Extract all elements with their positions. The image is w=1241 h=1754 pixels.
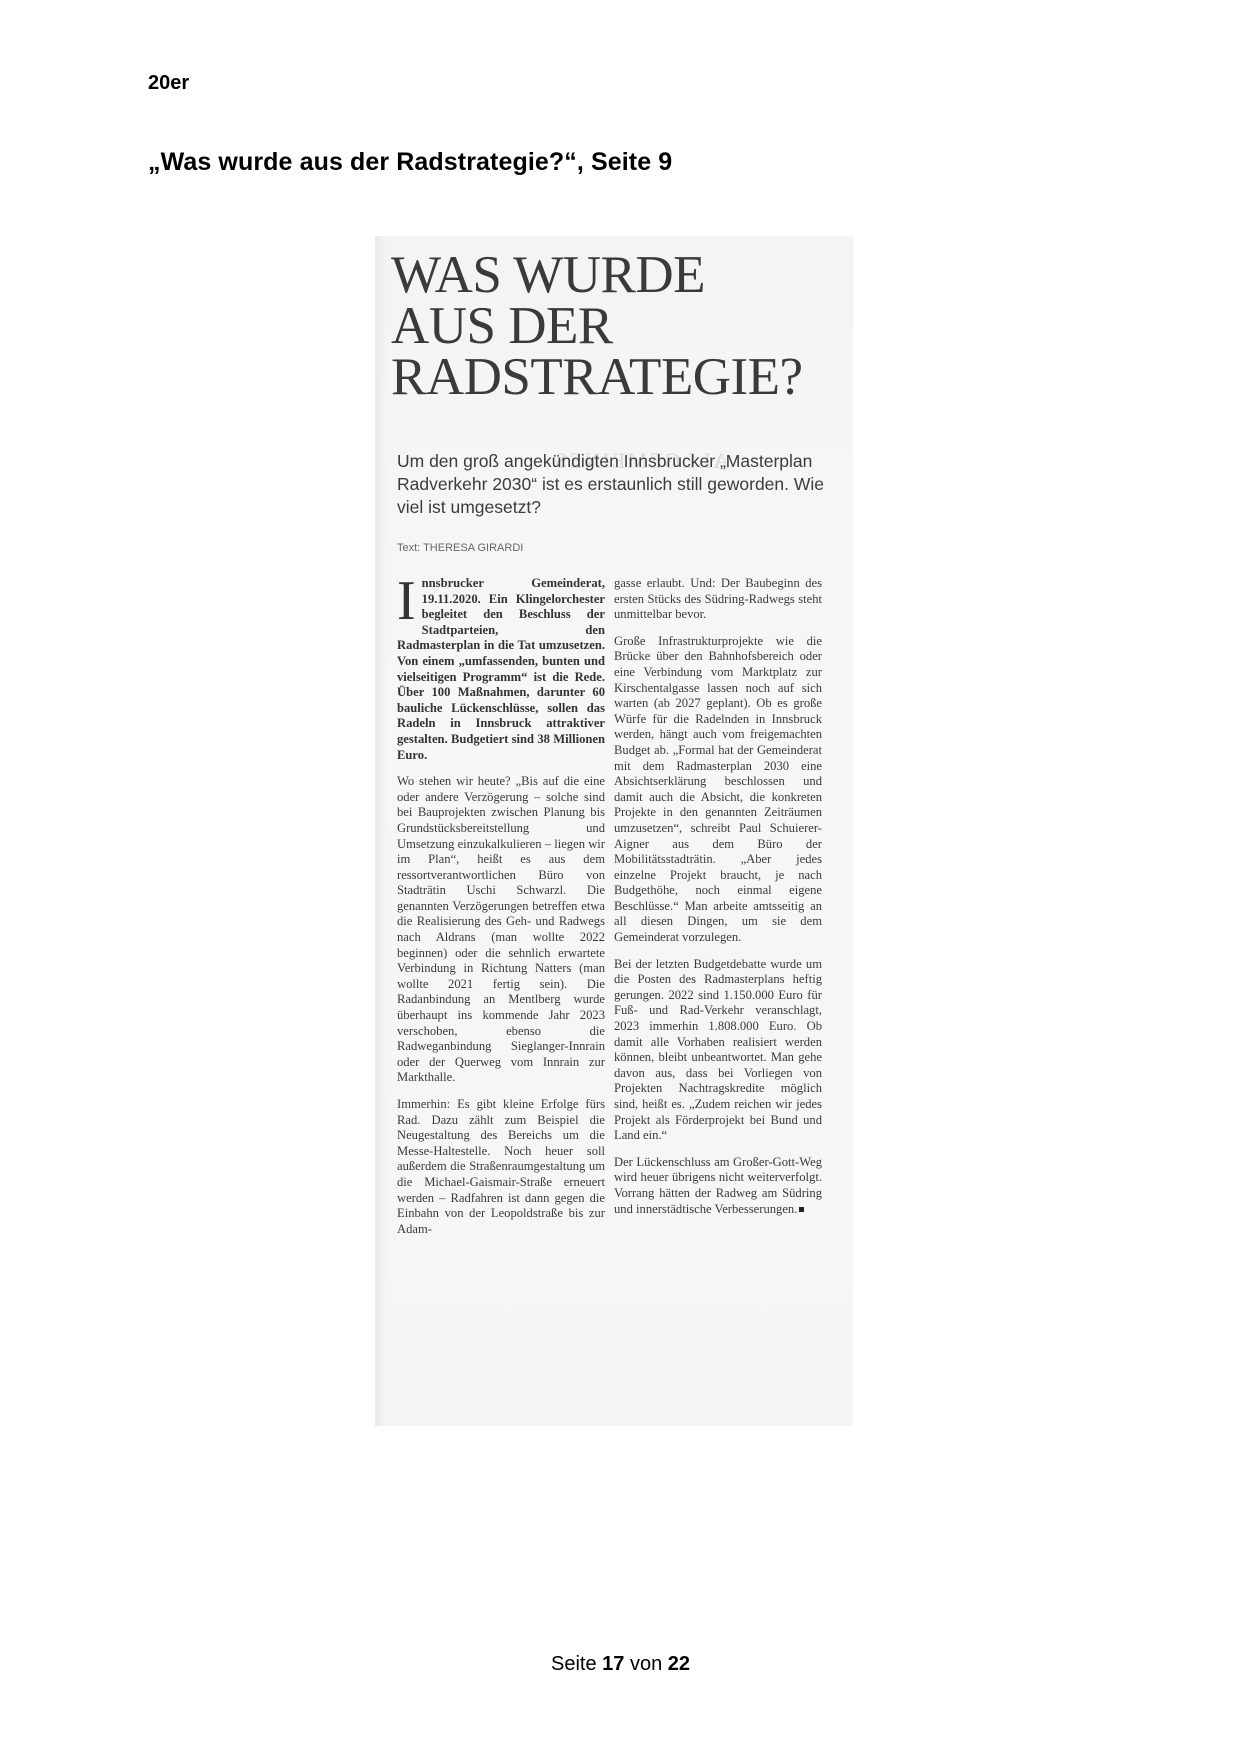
intro-text: nnsbrucker Gemeinderat, 19.11.2020. Ein … (397, 576, 605, 762)
article-paragraph: gasse erlaubt. Und: Der Baubeginn des er… (614, 576, 822, 623)
document-label: 20er (148, 72, 189, 95)
end-mark-icon (799, 1207, 804, 1212)
headline-line: WAS WURDE (391, 250, 803, 301)
newspaper-clipping: ALLGEMEINES WAS WURDE AUS DER RADSTRATEG… (375, 236, 853, 1426)
article-paragraph: Große Infrastrukturprojekte wie die Brüc… (614, 634, 822, 946)
article-intro: Innsbrucker Gemeinderat, 19.11.2020. Ein… (397, 576, 605, 763)
article-column-left: Innsbrucker Gemeinderat, 19.11.2020. Ein… (397, 576, 605, 1248)
article-paragraph: Der Lückenschluss am Großer-Gott-Weg wir… (614, 1155, 822, 1216)
footer-middle: von (630, 1653, 662, 1675)
current-page-number: 17 (602, 1653, 624, 1675)
article-paragraph: Bei der letzten Budgetdebatte wurde um d… (614, 957, 822, 1144)
article-column-right: gasse erlaubt. Und: Der Baubeginn des er… (614, 576, 822, 1228)
article-paragraph: Immerhin: Es gibt kleine Erfolge fürs Ra… (397, 1097, 605, 1237)
article-byline: Text: THERESA GIRARDI (397, 542, 523, 554)
footer-prefix: Seite (551, 1653, 597, 1675)
article-headline: WAS WURDE AUS DER RADSTRATEGIE? (391, 250, 803, 403)
drop-cap: I (397, 578, 416, 624)
article-lead: Um den groß angekündigten Innsbrucker „M… (397, 450, 837, 519)
article-paragraph: Wo stehen wir heute? „Bis auf die eine o… (397, 774, 605, 1086)
headline-line: AUS DER (391, 301, 803, 352)
total-pages-number: 22 (668, 1653, 690, 1675)
page-footer: Seite 17 von 22 (0, 1653, 1241, 1676)
headline-line: RADSTRATEGIE? (391, 352, 803, 403)
document-heading: „Was wurde aus der Radstrategie?“, Seite… (148, 148, 672, 177)
article-paragraph-last: Der Lückenschluss am Großer-Gott-Weg wir… (614, 1155, 822, 1217)
